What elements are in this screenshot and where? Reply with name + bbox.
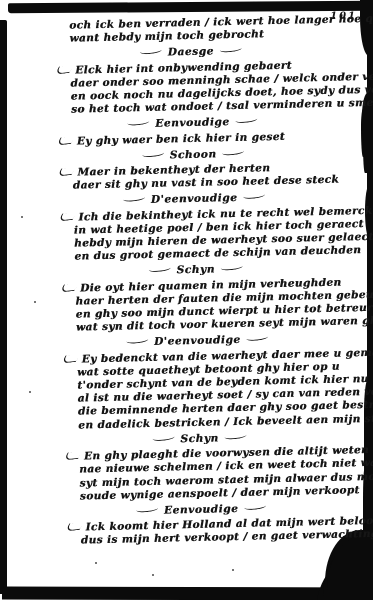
verse-paragraph: Ey bedenckt van die waerheyt daer mee u … — [63, 347, 373, 433]
verse-paragraph: Die oyt hier quamen in mijn verheughdenh… — [61, 276, 373, 336]
verse-paragraph: Maer in bekentheyt der hertendaer sit gh… — [58, 160, 371, 193]
scan-blotch-bottom-right — [327, 534, 373, 600]
ink-speck — [21, 216, 23, 218]
manuscript-text: och ick ben verraden / ick wert hoe lang… — [55, 13, 373, 548]
ink-speck — [34, 301, 36, 303]
verse-paragraph: En ghy plaeght die voorwysen die altijt … — [65, 444, 373, 504]
verse-paragraph: och ick ben verraden / ick wert hoe lang… — [55, 13, 368, 46]
ink-speck — [95, 562, 97, 564]
ink-speck — [232, 569, 234, 571]
scan-border-left — [0, 20, 7, 594]
ink-speck — [152, 574, 154, 576]
manuscript-page: 101 och ick ben verraden / ick wert hoe … — [0, 0, 373, 600]
verse-paragraph: Elck hier int onbywending gebaertdaer on… — [56, 58, 369, 118]
scan-border-top — [8, 1, 373, 14]
scan-border-bottom — [2, 587, 373, 600]
ink-speck — [29, 391, 31, 393]
verse-paragraph: Ick koomt hier Holland al dat mijn wert … — [66, 515, 373, 548]
verse-paragraph: Ich die bekintheyt ick nu te recht wel b… — [59, 205, 372, 265]
